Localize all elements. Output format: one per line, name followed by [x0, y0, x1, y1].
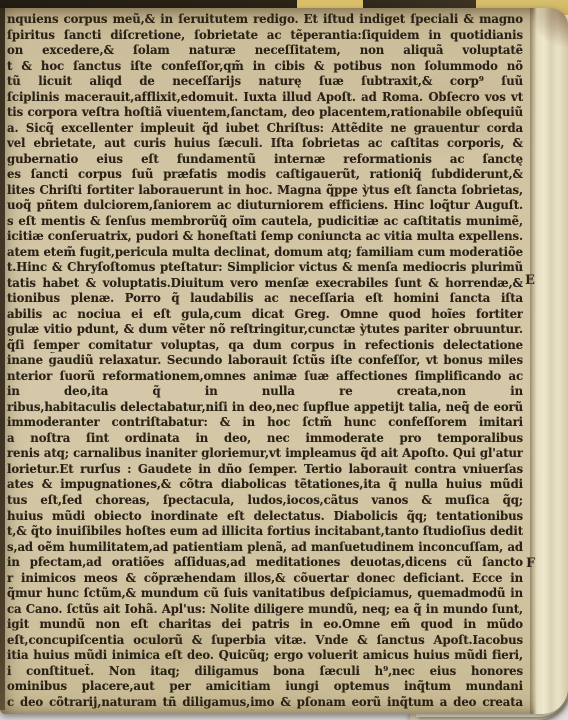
text-line: gubernatio eius eſt fundamentũ internæ r… — [7, 152, 523, 168]
text-line: nterior ſuorũ reformationem,omnes animæ … — [7, 369, 523, 385]
text-line: in pfectam,ad oratiões aſſiduas,ad medit… — [7, 555, 523, 571]
text-line: vel ebrietate, aut curis huius ſæculi. I… — [7, 136, 523, 152]
text-line: a. Sicq̃ excellenter impleuit q̃d iubet … — [7, 121, 523, 137]
text-line: tis corpora veſtra hoſtiã viuentem,ſanct… — [7, 105, 523, 121]
text-line: t & hoc ſanctus iſte confeſſor,qm̃ in ci… — [7, 59, 523, 75]
text-line: ca Cano. ſctũs ait Iohã. Apl'us: Nolite … — [7, 602, 523, 618]
text-line: icitiæ conſeruatrix, pudori & honeſtati … — [7, 229, 523, 245]
text-line: t.Hinc & Chryſoſtomus pteſtatur: Simplic… — [7, 260, 523, 276]
text-line: s,ad oẽm humilitatem,ad patientiam plenã… — [7, 540, 523, 556]
text-line: q̃ſi ſemper comitatur voluptas, qa dum c… — [7, 338, 523, 354]
text-line: itia huius mũdi inimica eſt deo. Quicũq;… — [7, 648, 523, 664]
photo-of-book-page: nquiens corpus meũ,& in ſeruitutem redig… — [0, 0, 568, 720]
text-line: ates & impugnationes,& cõtra diabolicas … — [7, 477, 523, 493]
text-line: tus eſt,ſed choreas, ſpectacula, ludos,i… — [7, 493, 523, 509]
text-line: nquiens corpus meũ,& in ſeruitutem redig… — [7, 12, 523, 28]
text-line: tũ licuit aliqd de neceſſarĳs naturę ſuæ… — [7, 74, 523, 90]
text-line: renis atq; carnalibus inaniter gloriemur… — [7, 446, 523, 462]
text-line: t,& q̃to inuiſibiles hoſtes eum ad illic… — [7, 524, 523, 540]
text-line: a noſtra ſint ordinata in deo, nec immod… — [7, 431, 523, 447]
text-line: igit mundũ non eſt charitas dei patris i… — [7, 617, 523, 633]
text-line: es ſancti corpus ſuũ præfatis modis caſt… — [7, 167, 523, 183]
margin-letter-f: F — [526, 556, 535, 571]
text-line: i conſtituet̃. Non itaq; diligamus bona … — [7, 664, 523, 680]
text-line: ominibus placere,aut per amicitiam iungi… — [7, 679, 523, 695]
text-line: huius mũdi obiecto inordinate eſt delect… — [7, 509, 523, 525]
page-fore-edge — [530, 8, 568, 714]
text-column: nquiens corpus meũ,& in ſeruitutem redig… — [7, 12, 523, 710]
text-line: tatis habet & voluptatis.Diuitum vero me… — [7, 276, 523, 292]
text-line: atem etem̃ fugit,pericula multa declinat… — [7, 245, 523, 261]
text-line: gulæ vitio pdunt, & dum vẽter nõ reſtrin… — [7, 322, 523, 338]
text-line: on excedere,& ſolam naturæ neceſſitatem,… — [7, 43, 523, 59]
text-line: eſt,concupiſcentia oculorũ & ſuperbia vi… — [7, 633, 523, 649]
text-line: tionibus plenæ. Porro q̃ laudabilis ac n… — [7, 291, 523, 307]
text-line: r inimicos meos & cõpræhendam illos,& cõ… — [7, 571, 523, 587]
text-line: abilis ac nociua ei eſt gula,cum dicat G… — [7, 307, 523, 323]
margin-letter-e: E — [525, 273, 535, 288]
text-line: c deo cõtrarĳ,naturam tñ diligamus,imo &… — [7, 695, 523, 711]
worn-corner — [532, 8, 568, 52]
gutter-dark-edge — [0, 8, 5, 710]
text-line: ribus,habitaculis delectabatur,niſi in d… — [7, 400, 523, 416]
text-line: immoderanter contriſtabatur: & in hoc ſc… — [7, 415, 523, 431]
text-line: q̃mur hunc ſctũm,& mundum cũ ſuis vanita… — [7, 586, 523, 602]
text-line: s eſt mentis & ſenſus membrorũq̃ oĩm cau… — [7, 214, 523, 230]
text-line: ſciplinis macerauit,afflixit,edomuit. Iu… — [7, 90, 523, 106]
book-page: nquiens corpus meũ,& in ſeruitutem redig… — [0, 8, 568, 714]
text-line: lorietur.Et rurſus : Gaudete in dño ſemp… — [7, 462, 523, 478]
text-line: inane gaudiũ relaxatur. Secundo laboraui… — [7, 353, 523, 369]
text-line: lites Chriſti fortiter laborauerunt in h… — [7, 183, 523, 199]
text-line: in deo,ita q̃ in nulla re creata,non in … — [7, 384, 523, 400]
text-line: uoq̃ pñtem dulciorem,ſaniorem ac diuturn… — [7, 198, 523, 214]
text-line: ſpiritus ſancti diſcretione, ſobrietate … — [7, 28, 523, 44]
